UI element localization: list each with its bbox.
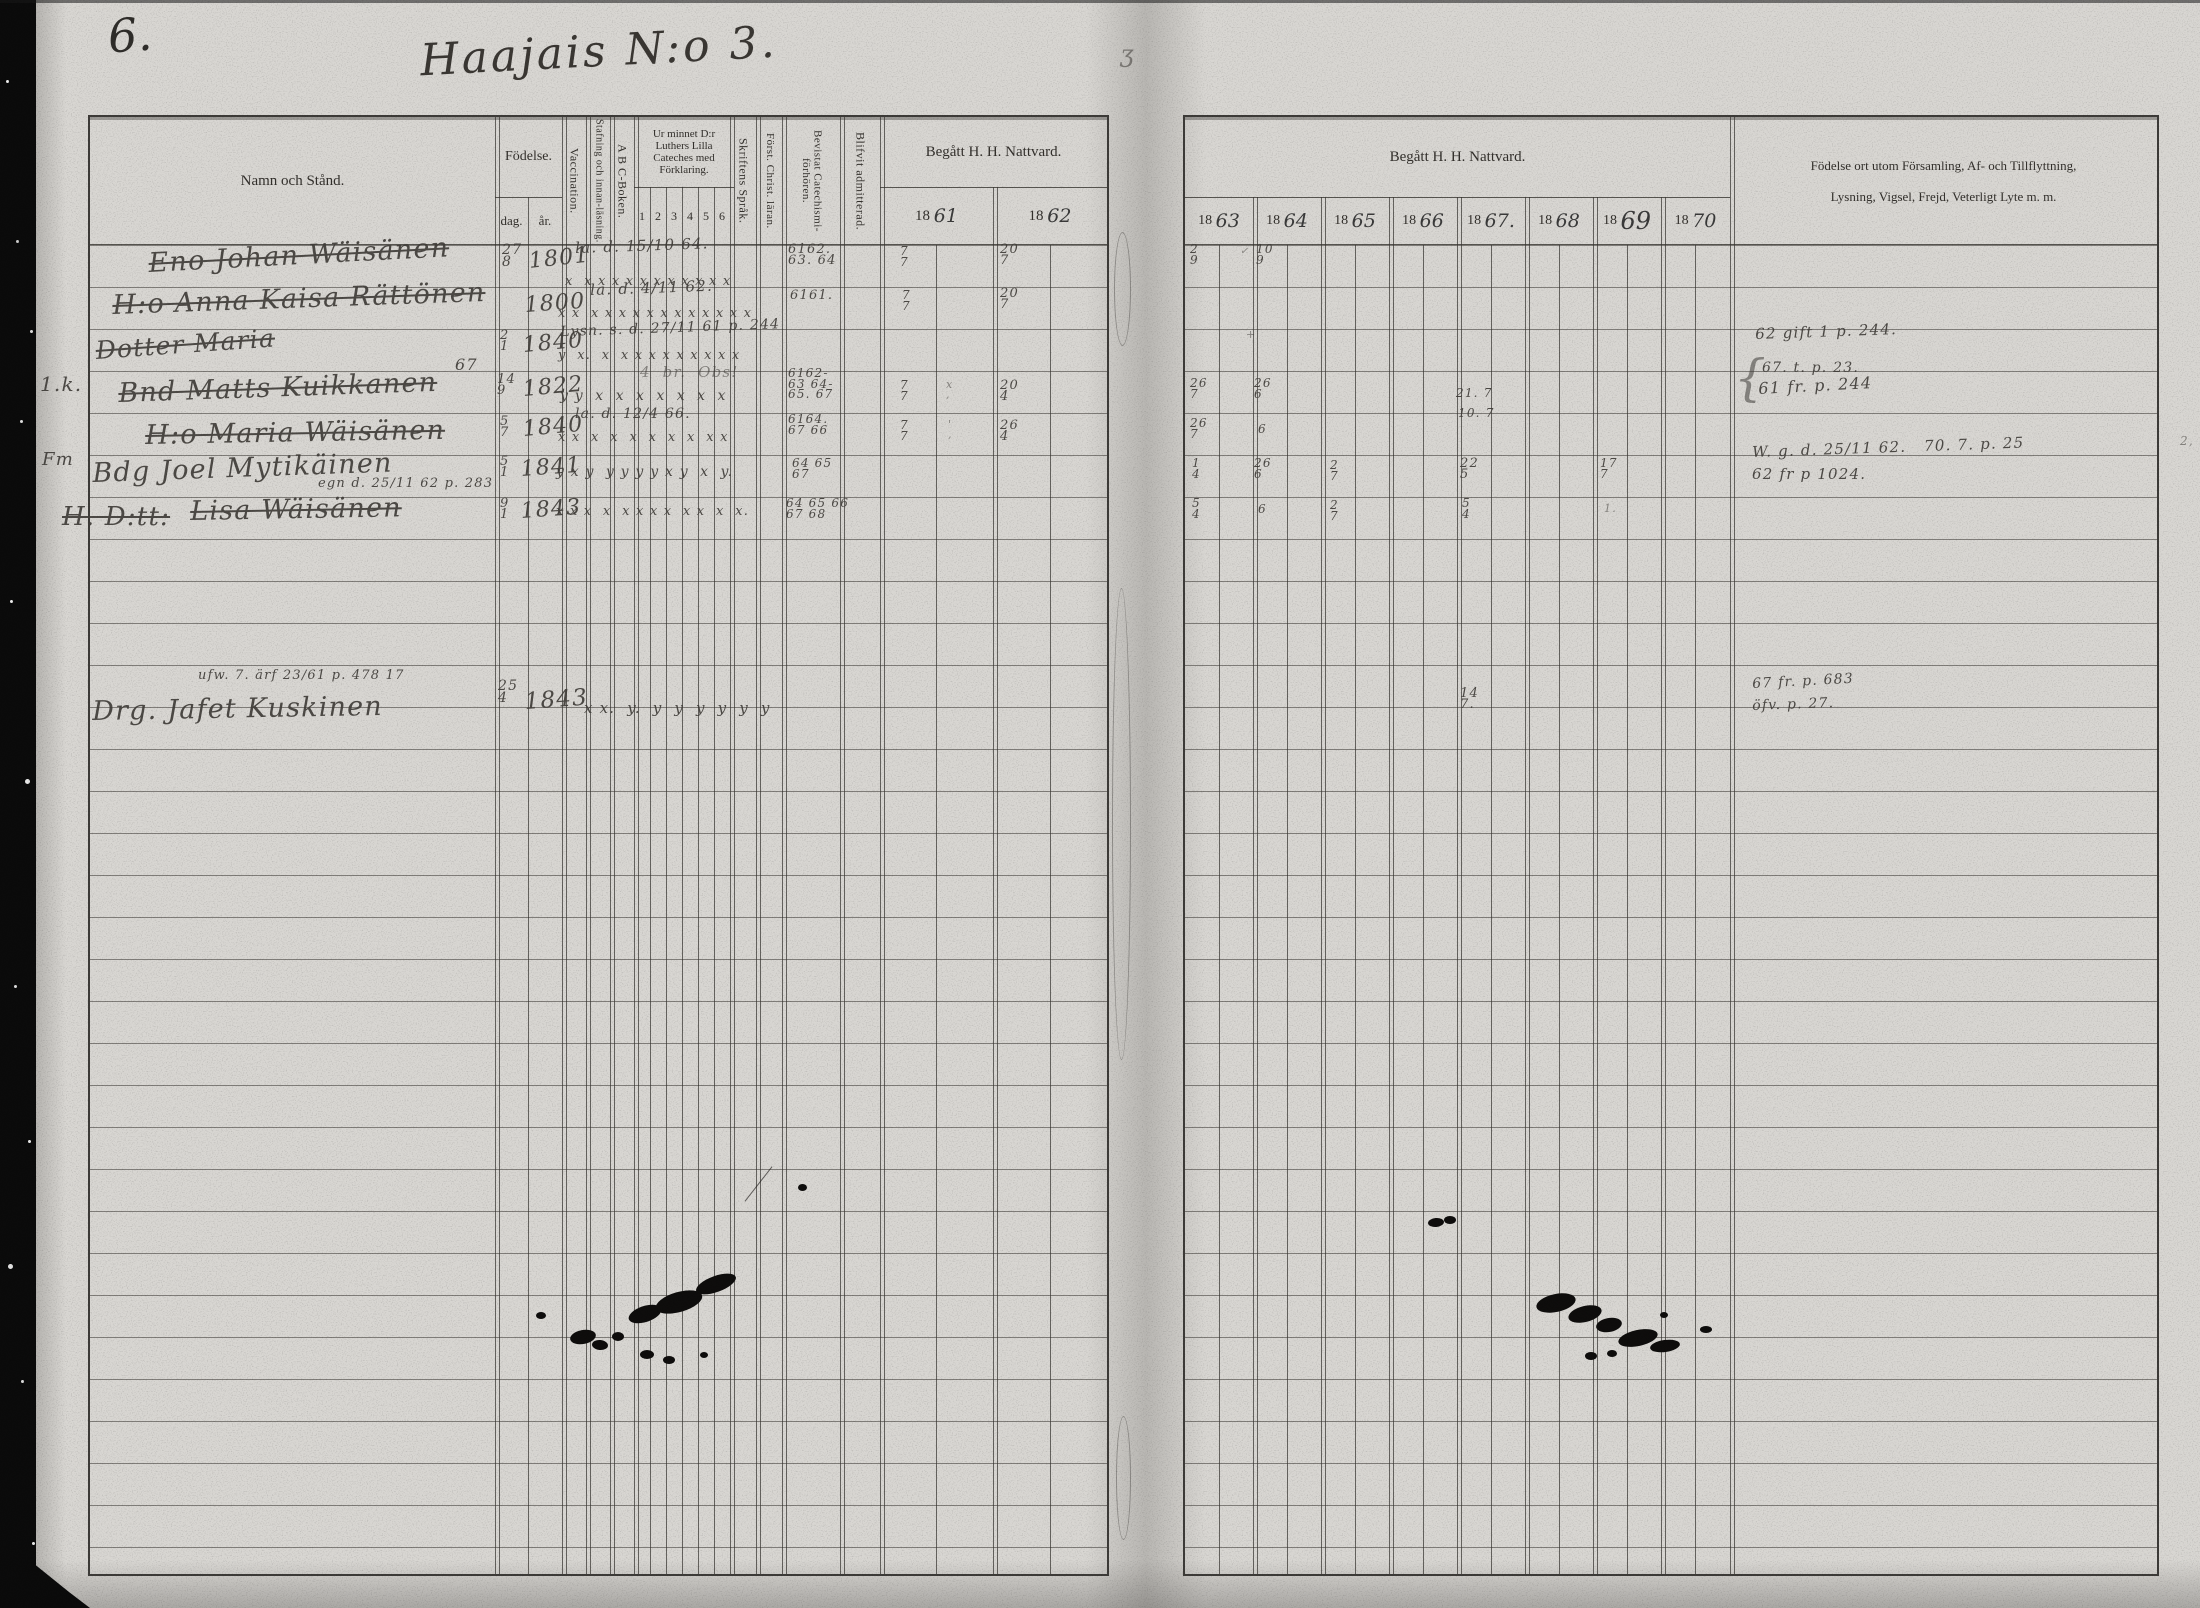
col-line <box>1287 245 1288 1574</box>
handwritten-entry: y x y y y y y x y x y. <box>556 466 733 478</box>
ink-blot <box>1660 1312 1668 1318</box>
binding-crease-mark <box>1112 588 1131 1060</box>
handwritten-entry: 6164. 67 66 <box>788 414 828 435</box>
handwritten-entry: y x. x x x x x x x x x x <box>558 350 740 361</box>
handwritten-entry: 26 7 <box>1190 378 1208 399</box>
handwritten-entry: 64 65 67 <box>792 458 832 479</box>
handwritten-entry: 26 6 <box>1254 378 1272 399</box>
header-abc-boken: A B C-Boken. <box>610 117 634 245</box>
handwritten-entry: 26 4 <box>1000 420 1019 443</box>
handwritten-entry: 9 1 <box>500 498 509 521</box>
binding-crease-mark <box>1114 232 1131 346</box>
handwritten-entry: la. d. 15/10 64. <box>575 237 709 255</box>
handwritten-entry: 6161. <box>790 290 833 301</box>
header-fodelse: Födelse. <box>495 117 562 198</box>
header-fodelse-dag: dag. <box>495 197 528 245</box>
header-year-1863: 18 63 <box>1185 197 1253 245</box>
handwritten-entry: 67 <box>455 358 478 372</box>
col-line <box>1559 245 1560 1574</box>
year-script: 65 <box>1352 210 1376 232</box>
col-line <box>1423 245 1424 1574</box>
handwritten-entry: egn d. 25/11 62 p. 283 <box>318 478 493 489</box>
table-right-page: Begått H. H. Nattvard. 18 63 18 64 18 65… <box>1183 115 2159 1576</box>
handwritten-entry: 2 7 <box>1330 460 1339 481</box>
year-printed: 18 <box>1402 213 1416 229</box>
handwritten-entry: 62 gift 1 p. 244. <box>1755 323 1897 341</box>
notes-header-line2: Lysning, Vigsel, Frejd, Veterligt Lyte m… <box>1831 181 2057 212</box>
col-line <box>936 245 937 1574</box>
handwritten-entry: 7 7 <box>900 420 909 441</box>
col-line <box>1695 245 1696 1574</box>
col-line <box>782 117 787 1574</box>
header-fodelse-ar: år. <box>528 197 562 245</box>
header-year-1870: 18 70 <box>1661 197 1730 245</box>
header-vaccination: Vaccination. <box>562 117 586 245</box>
col-line <box>730 117 735 1574</box>
handwritten-entry: ʒ <box>1120 44 1135 65</box>
ink-blot <box>1585 1352 1597 1360</box>
handwritten-entry: 20 7 <box>1000 244 1019 267</box>
handwritten-entry: 10 9 <box>1256 244 1274 265</box>
header-cateches-col-6: 6 <box>714 187 730 245</box>
header-year-1864: 18 64 <box>1253 197 1321 245</box>
handwritten-entry: 14 9 <box>497 374 516 397</box>
handwritten-entry: 26 6 <box>1254 458 1272 479</box>
handwritten-entry: x x x x x x x x x x x x. <box>556 506 749 517</box>
handwritten-entry: 5 4 <box>1462 498 1471 519</box>
col-line <box>840 117 845 1574</box>
year-script: 67. <box>1485 210 1515 232</box>
header-blifvit-admitterad: Blifvit admitterad. <box>840 117 880 245</box>
year-printed: 18 <box>1198 213 1212 229</box>
ink-blot <box>1700 1326 1712 1333</box>
handwritten-entry: 25 4 <box>498 680 518 705</box>
handwritten-entry: 5 4 <box>1192 498 1201 519</box>
year-script: 70 <box>1692 210 1716 232</box>
film-dust-specks <box>6 80 9 83</box>
year-script: 68 <box>1556 210 1580 232</box>
notes-header-line1: Födelse ort utom Församling, Af- och Til… <box>1811 150 2077 181</box>
header-forst-christ-laran: Först. Christ. läran. <box>756 117 782 245</box>
handwritten-entry: 21. 7 <box>1456 388 1493 399</box>
handwritten-entry: öfv. p. 27. <box>1752 697 1834 712</box>
handwritten-entry: 20 7 <box>1000 288 1019 311</box>
handwritten-entry: 22 5 <box>1460 458 1479 481</box>
handwritten-entry: + <box>1246 330 1256 340</box>
header-year-1862: 18 62 <box>993 187 1107 245</box>
film-edge-top <box>0 0 2200 3</box>
ink-blot <box>663 1356 675 1364</box>
handwritten-entry: 7 7 <box>902 290 911 311</box>
page-number: 6. <box>106 7 154 64</box>
handwritten-entry: H:o Maria Wäisänen <box>145 419 445 448</box>
year-script: 61 <box>934 205 958 227</box>
scanned-ledger-page: 6. Haajais N:o 3. Namn och Stånd. Födels… <box>0 0 2200 1608</box>
handwritten-entry: 17 7 <box>1600 458 1618 479</box>
handwritten-entry: 14 7. <box>1460 688 1479 711</box>
handwritten-entry: 6 <box>1258 504 1267 515</box>
handwritten-entry: 5 7 <box>500 416 509 439</box>
handwritten-entry: 6 <box>1258 424 1267 435</box>
col-line <box>1050 245 1051 1574</box>
handwritten-entry: 5 1 <box>500 456 509 479</box>
handwritten-entry: 7 7 <box>900 380 909 401</box>
handwritten-entry: 67. t. p. 23. <box>1762 362 1859 374</box>
col-line <box>756 117 761 1574</box>
binding-crease-mark <box>1116 1416 1131 1540</box>
col-line <box>1491 245 1492 1574</box>
col-line <box>880 117 885 1574</box>
year-script: 63 <box>1216 210 1240 232</box>
year-printed: 18 <box>1467 213 1481 229</box>
header-bevistat-catechismi: Bevistat Catechismi-förhören. <box>782 117 840 245</box>
handwritten-entry: Lisa Wäisänen <box>190 496 402 523</box>
handwritten-entry: y y x x x x x x x <box>560 390 727 402</box>
handwritten-entry: 20 4 <box>1000 380 1019 403</box>
handwritten-entry: la. d. 4/11 62. <box>590 280 713 297</box>
handwritten-entry: 2, <box>2180 436 2194 447</box>
header-year-1869: 18 69 <box>1593 197 1661 245</box>
handwritten-entry: 1.k. <box>40 376 82 394</box>
handwritten-entry: 62 fr p 1024. <box>1752 468 1866 481</box>
col-line <box>993 187 998 1574</box>
col-line <box>1525 197 1530 1574</box>
col-line <box>1627 245 1628 1574</box>
handwritten-entry: ufw. 7. ärf 23/61 p. 478 17 <box>198 670 405 681</box>
col-line <box>1593 197 1598 1574</box>
ink-blot <box>612 1332 624 1341</box>
year-script: 69 <box>1620 207 1651 235</box>
col-line <box>1730 117 1735 1574</box>
header-begatt-nattvard-right: Begått H. H. Nattvard. <box>1185 117 1730 198</box>
handwritten-entry: 26 7 <box>1190 418 1208 439</box>
handwritten-entry: x x. y. y y y y y y <box>584 702 771 715</box>
handwritten-entry: H. D:tt: <box>62 506 170 529</box>
handwritten-entry: x x x x x x x x x x <box>558 432 729 443</box>
handwritten-entry: 2 7 <box>1330 500 1339 521</box>
year-printed: 18 <box>1029 208 1044 225</box>
header-year-1861: 18 61 <box>880 187 993 245</box>
year-script: 66 <box>1420 210 1444 232</box>
header-skriftens-sprak: Skriftens Språk. <box>730 117 756 245</box>
handwritten-entry: Drg. Jafet Kuskinen <box>92 695 383 724</box>
header-year-1868: 18 68 <box>1525 197 1593 245</box>
col-line <box>1389 197 1394 1574</box>
header-namn-och-stand: Namn och Stånd. <box>90 117 495 245</box>
year-script: 64 <box>1284 210 1308 232</box>
ink-blot <box>536 1312 546 1319</box>
handwritten-entry: 10. 7 <box>1458 408 1495 419</box>
col-line <box>1355 245 1356 1574</box>
handwritten-entry: 6162. 63. 64 <box>788 244 837 267</box>
handwritten-entry: Fm <box>42 452 74 468</box>
year-printed: 18 <box>1334 213 1348 229</box>
handwritten-entry: ' , <box>948 420 953 439</box>
handwritten-entry: 64 65 66 67 68 <box>786 498 849 519</box>
year-printed: 18 <box>1538 213 1552 229</box>
handwritten-entry: 27 8 <box>502 244 522 269</box>
col-line <box>1219 245 1220 1574</box>
handwritten-entry: ✓ <box>1240 248 1250 257</box>
col-line <box>528 197 529 1574</box>
year-printed: 18 <box>915 208 930 225</box>
col-line <box>1253 197 1258 1574</box>
col-line <box>1457 197 1462 1574</box>
header-year-1866: 18 66 <box>1389 197 1457 245</box>
handwritten-entry: { <box>1734 356 1767 400</box>
ink-blot <box>700 1352 708 1358</box>
col-line <box>1661 197 1666 1574</box>
handwritten-entry: 7 7 <box>900 246 909 267</box>
handwritten-entry: la. d. 12/4 66. <box>575 408 691 420</box>
header-year-1865: 18 65 <box>1321 197 1389 245</box>
handwritten-entry: 2 9 <box>1190 244 1199 265</box>
handwritten-entry: 1 4 <box>1192 458 1201 479</box>
handwritten-entry: 1. <box>1604 504 1617 514</box>
year-printed: 18 <box>1266 213 1280 229</box>
header-year-1867: 18 67. <box>1457 197 1525 245</box>
year-script: 62 <box>1047 205 1071 227</box>
handwritten-entry: x , <box>946 380 953 399</box>
handwritten-entry: 2 1 <box>500 330 509 353</box>
ink-blot <box>798 1184 807 1191</box>
header-notes-column: Födelse ort utom Församling, Af- och Til… <box>1730 117 2157 245</box>
header-luthers-cateches: Ur minnet D:r Luthers Lilla Cateches med… <box>634 117 734 188</box>
ink-blot <box>640 1350 654 1359</box>
handwritten-entry: 1843 <box>524 688 589 713</box>
handwritten-entry: 4 br. Obs! <box>640 366 739 379</box>
ink-blot <box>1607 1350 1617 1357</box>
handwritten-entry: 6162- 63 64- 65. 67 <box>788 368 834 400</box>
header-stafning: Stafning och innan-läsning. <box>586 117 610 245</box>
header-begatt-nattvard-left: Begått H. H. Nattvard. <box>880 117 1107 188</box>
year-printed: 18 <box>1675 213 1689 229</box>
year-printed: 18 <box>1603 213 1617 229</box>
col-line <box>1321 197 1326 1574</box>
ink-blot <box>1444 1216 1456 1224</box>
